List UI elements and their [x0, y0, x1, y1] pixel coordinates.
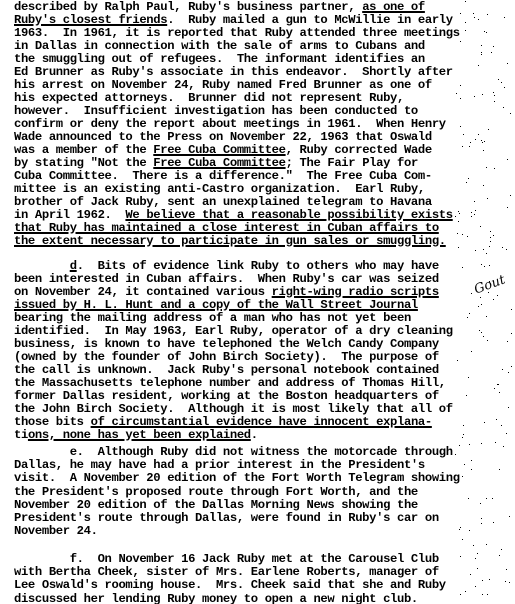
text-segment: brother of Jack Ruby, sent an unexplaine…	[14, 195, 432, 209]
text-segment: the John Birch Society. Although it is m…	[14, 402, 453, 416]
text-line: Dallas, he may have had a prior interest…	[14, 459, 425, 472]
text-segment: business, is known to have telephoned th…	[14, 337, 439, 351]
underlined-text: d	[70, 259, 77, 273]
text-segment: (owned by the founder of John Birch Soci…	[14, 350, 439, 364]
text-segment	[14, 259, 70, 273]
text-segment: his arrest on November 24, Ruby named Fr…	[14, 78, 432, 92]
text-segment: . Ruby mailed a gun to McWillie in early	[167, 13, 453, 27]
text-segment: Dallas, he may have had a prior interest…	[14, 458, 425, 472]
text-segment: visit. A November 20 edition of the Fort…	[14, 471, 460, 485]
text-segment: with Bertha Cheek, sister of Mrs. Earlen…	[14, 565, 439, 579]
text-segment: ; The Fair Play for	[286, 156, 418, 170]
underlined-text: We believe that a reasonable possibility…	[125, 208, 452, 222]
text-line: November 20 edition of the Dallas Mornin…	[14, 499, 418, 512]
text-segment: . Bits of evidence link Ruby to others w…	[77, 259, 439, 273]
text-line: President's route through Dallas, were f…	[14, 512, 439, 525]
text-segment: been interested in Cuban affairs. When R…	[14, 272, 439, 286]
underlined-text: as one of	[362, 0, 425, 14]
underlined-text: issued by H. L. Hunt and a copy of the W…	[14, 298, 418, 312]
text-segment: described by Ralph Paul, Ruby's business…	[14, 0, 362, 14]
text-segment: , Ruby corrected Wade	[286, 143, 432, 157]
text-segment: November 24.	[14, 524, 98, 538]
text-segment: the call is unknown. Jack Ruby's persona…	[14, 363, 439, 377]
text-line: November 24.	[14, 525, 98, 538]
text-segment: f. On November 16 Jack Ruby met at the C…	[14, 552, 439, 566]
text-segment: on November 24, it contained various	[14, 285, 272, 299]
text-segment: ti	[14, 428, 28, 442]
underlined-text: right-wing radio scripts	[272, 285, 439, 299]
text-segment: 1963. In 1961, it is reported that Ruby …	[14, 26, 460, 40]
text-segment: however. Insufficient investigation has …	[14, 104, 418, 118]
underlined-text: of circumstantial evidence have innocent…	[91, 415, 432, 429]
document-page: described by Ralph Paul, Ruby's business…	[0, 0, 515, 604]
text-segment: the smuggling out of refugees. The infor…	[14, 52, 425, 66]
underlined-text: ons, none has yet been explained	[28, 428, 251, 442]
text-line: e. Although Ruby did not witness the mot…	[14, 446, 453, 459]
text-line: the extent necessary to participate in g…	[14, 235, 446, 248]
text-segment: e. Although Ruby did not witness the mot…	[14, 445, 453, 459]
text-segment: former Dallas resident, working at the B…	[14, 389, 439, 403]
underlined-text: Ruby's closest friends	[14, 13, 167, 27]
text-segment: in Dallas in connection with the sale of…	[14, 39, 425, 53]
text-line: Lee Oswald's rooming house. Mrs. Cheek s…	[14, 579, 446, 592]
handwritten-margin-note: Gout	[472, 271, 515, 321]
text-segment: confirm or deny the report about meeting…	[14, 117, 446, 131]
text-segment: the Massachusetts telephone number and a…	[14, 376, 446, 390]
underlined-text: the extent necessary to participate in g…	[14, 234, 446, 248]
text-segment: Lee Oswald's rooming house. Mrs. Cheek s…	[14, 578, 446, 592]
text-line: visit. A November 20 edition of the Fort…	[14, 472, 460, 485]
text-line: the President's proposed route through F…	[14, 486, 418, 499]
text-segment: identified. In May 1963, Earl Ruby, oper…	[14, 324, 453, 338]
underlined-text: that Ruby has maintained a close interes…	[14, 221, 439, 235]
underlined-text: Free Cuba Committee	[153, 156, 285, 170]
text-line: with Bertha Cheek, sister of Mrs. Earlen…	[14, 566, 439, 579]
text-segment: President's route through Dallas, were f…	[14, 511, 439, 525]
text-segment: Ed Brunner as Ruby's associate in this e…	[14, 65, 453, 79]
text-line: tions, none has yet been explained.	[14, 429, 258, 442]
text-segment: Cuba Committee. There is a difference." …	[14, 169, 432, 183]
text-segment: November 20 edition of the Dallas Mornin…	[14, 498, 418, 512]
text-segment: .	[251, 428, 258, 442]
text-segment: was a member of the	[14, 143, 153, 157]
text-line: discussed her lending Ruby money to open…	[14, 593, 418, 604]
text-segment: in April 1962.	[14, 208, 125, 222]
text-segment: his expected attorneys. Brunner did not …	[14, 91, 404, 105]
text-segment: those bits	[14, 415, 91, 429]
text-line: f. On November 16 Jack Ruby met at the C…	[14, 553, 439, 566]
text-segment: discussed her lending Ruby money to open…	[14, 592, 418, 604]
text-segment: Wade announced to the Press on November …	[14, 130, 432, 144]
text-segment: bearing the mailing address of a man who…	[14, 311, 411, 325]
text-segment: the President's proposed route through F…	[14, 485, 418, 499]
underlined-text: Free Cuba Committee	[153, 143, 285, 157]
text-segment: mittee is an existing anti-Castro organi…	[14, 182, 425, 196]
text-segment: by stating "Not the	[14, 156, 153, 170]
